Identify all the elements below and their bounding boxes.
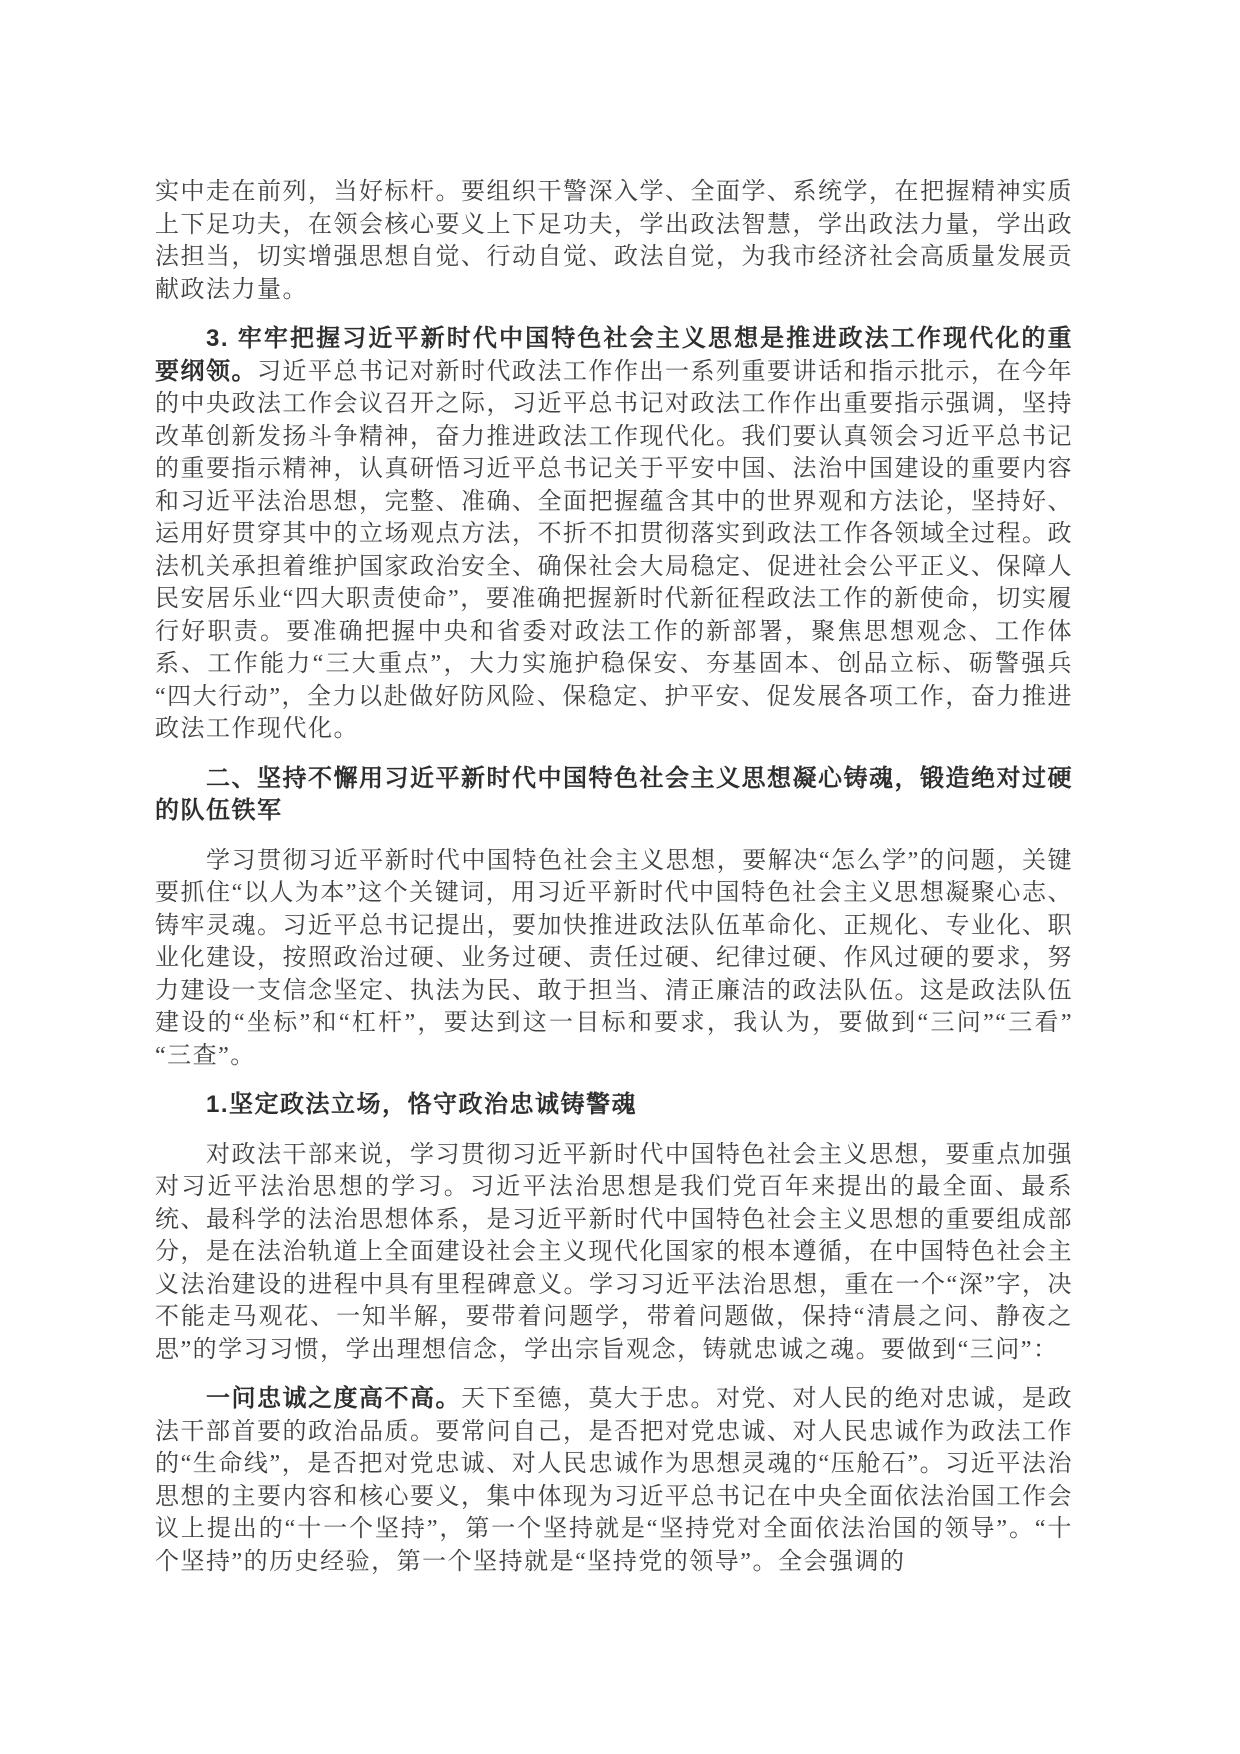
document-page: 实中走在前列，当好标杆。要组织干警深入学、全面学、系统学，在把握精神实质上下足功… — [0, 0, 1240, 1754]
paragraph-continuation: 实中走在前列，当好标杆。要组织干警深入学、全面学、系统学，在把握精神实质上下足功… — [155, 176, 1073, 306]
heading-section-two: 二、坚持不懈用习近平新时代中国特色社会主义思想凝心铸魂，锻造绝对过硬的队伍铁军 — [155, 763, 1073, 828]
body-text-run: 习近平总书记对新时代政法工作作出一系列重要讲话和指示批示，在今年的中央政法工作会… — [155, 359, 1073, 743]
heading-sub-one: 1.坚定政法立场，恪守政治忠诚铸警魂 — [155, 1089, 1073, 1122]
paragraph-first-question: 一问忠诚之度高不高。天下至德，莫大于忠。对党、对人民的绝对忠诚，是政法干部首要的… — [155, 1383, 1073, 1578]
paragraph-point-3: 3. 牢牢把握习近平新时代中国特色社会主义思想是推进政法工作现代化的重要纲领。习… — [155, 323, 1073, 746]
paragraph-how-to-study: 学习贯彻习近平新时代中国特色社会主义思想，要解决“怎么学”的问题，关键要抓住“以… — [155, 845, 1073, 1073]
body-text-run: 天下至德，莫大于忠。对党、对人民的绝对忠诚，是政法干部首要的政治品质。要常问自己… — [155, 1386, 1073, 1575]
body-text-run: 对政法干部来说，学习贯彻习近平新时代中国特色社会主义思想，要重点加强对习近平法治… — [155, 1142, 1073, 1363]
body-text-run: 学习贯彻习近平新时代中国特色社会主义思想，要解决“怎么学”的问题，关键要抓住“以… — [155, 848, 1073, 1069]
bold-text-run: 一问忠诚之度高不高。 — [206, 1385, 461, 1412]
bold-text-run: 1.坚定政法立场，恪守政治忠诚铸警魂 — [206, 1091, 637, 1118]
bold-text-run: 二、坚持不懈用习近平新时代中国特色社会主义思想凝心铸魂，锻造绝对过硬的队伍铁军 — [155, 765, 1073, 825]
paragraph-legal-thought-study: 对政法干部来说，学习贯彻习近平新时代中国特色社会主义思想，要重点加强对习近平法治… — [155, 1139, 1073, 1367]
body-text-run: 实中走在前列，当好标杆。要组织干警深入学、全面学、系统学，在把握精神实质上下足功… — [155, 179, 1073, 303]
document-body: 实中走在前列，当好标杆。要组织干警深入学、全面学、系统学，在把握精神实质上下足功… — [155, 176, 1073, 1595]
